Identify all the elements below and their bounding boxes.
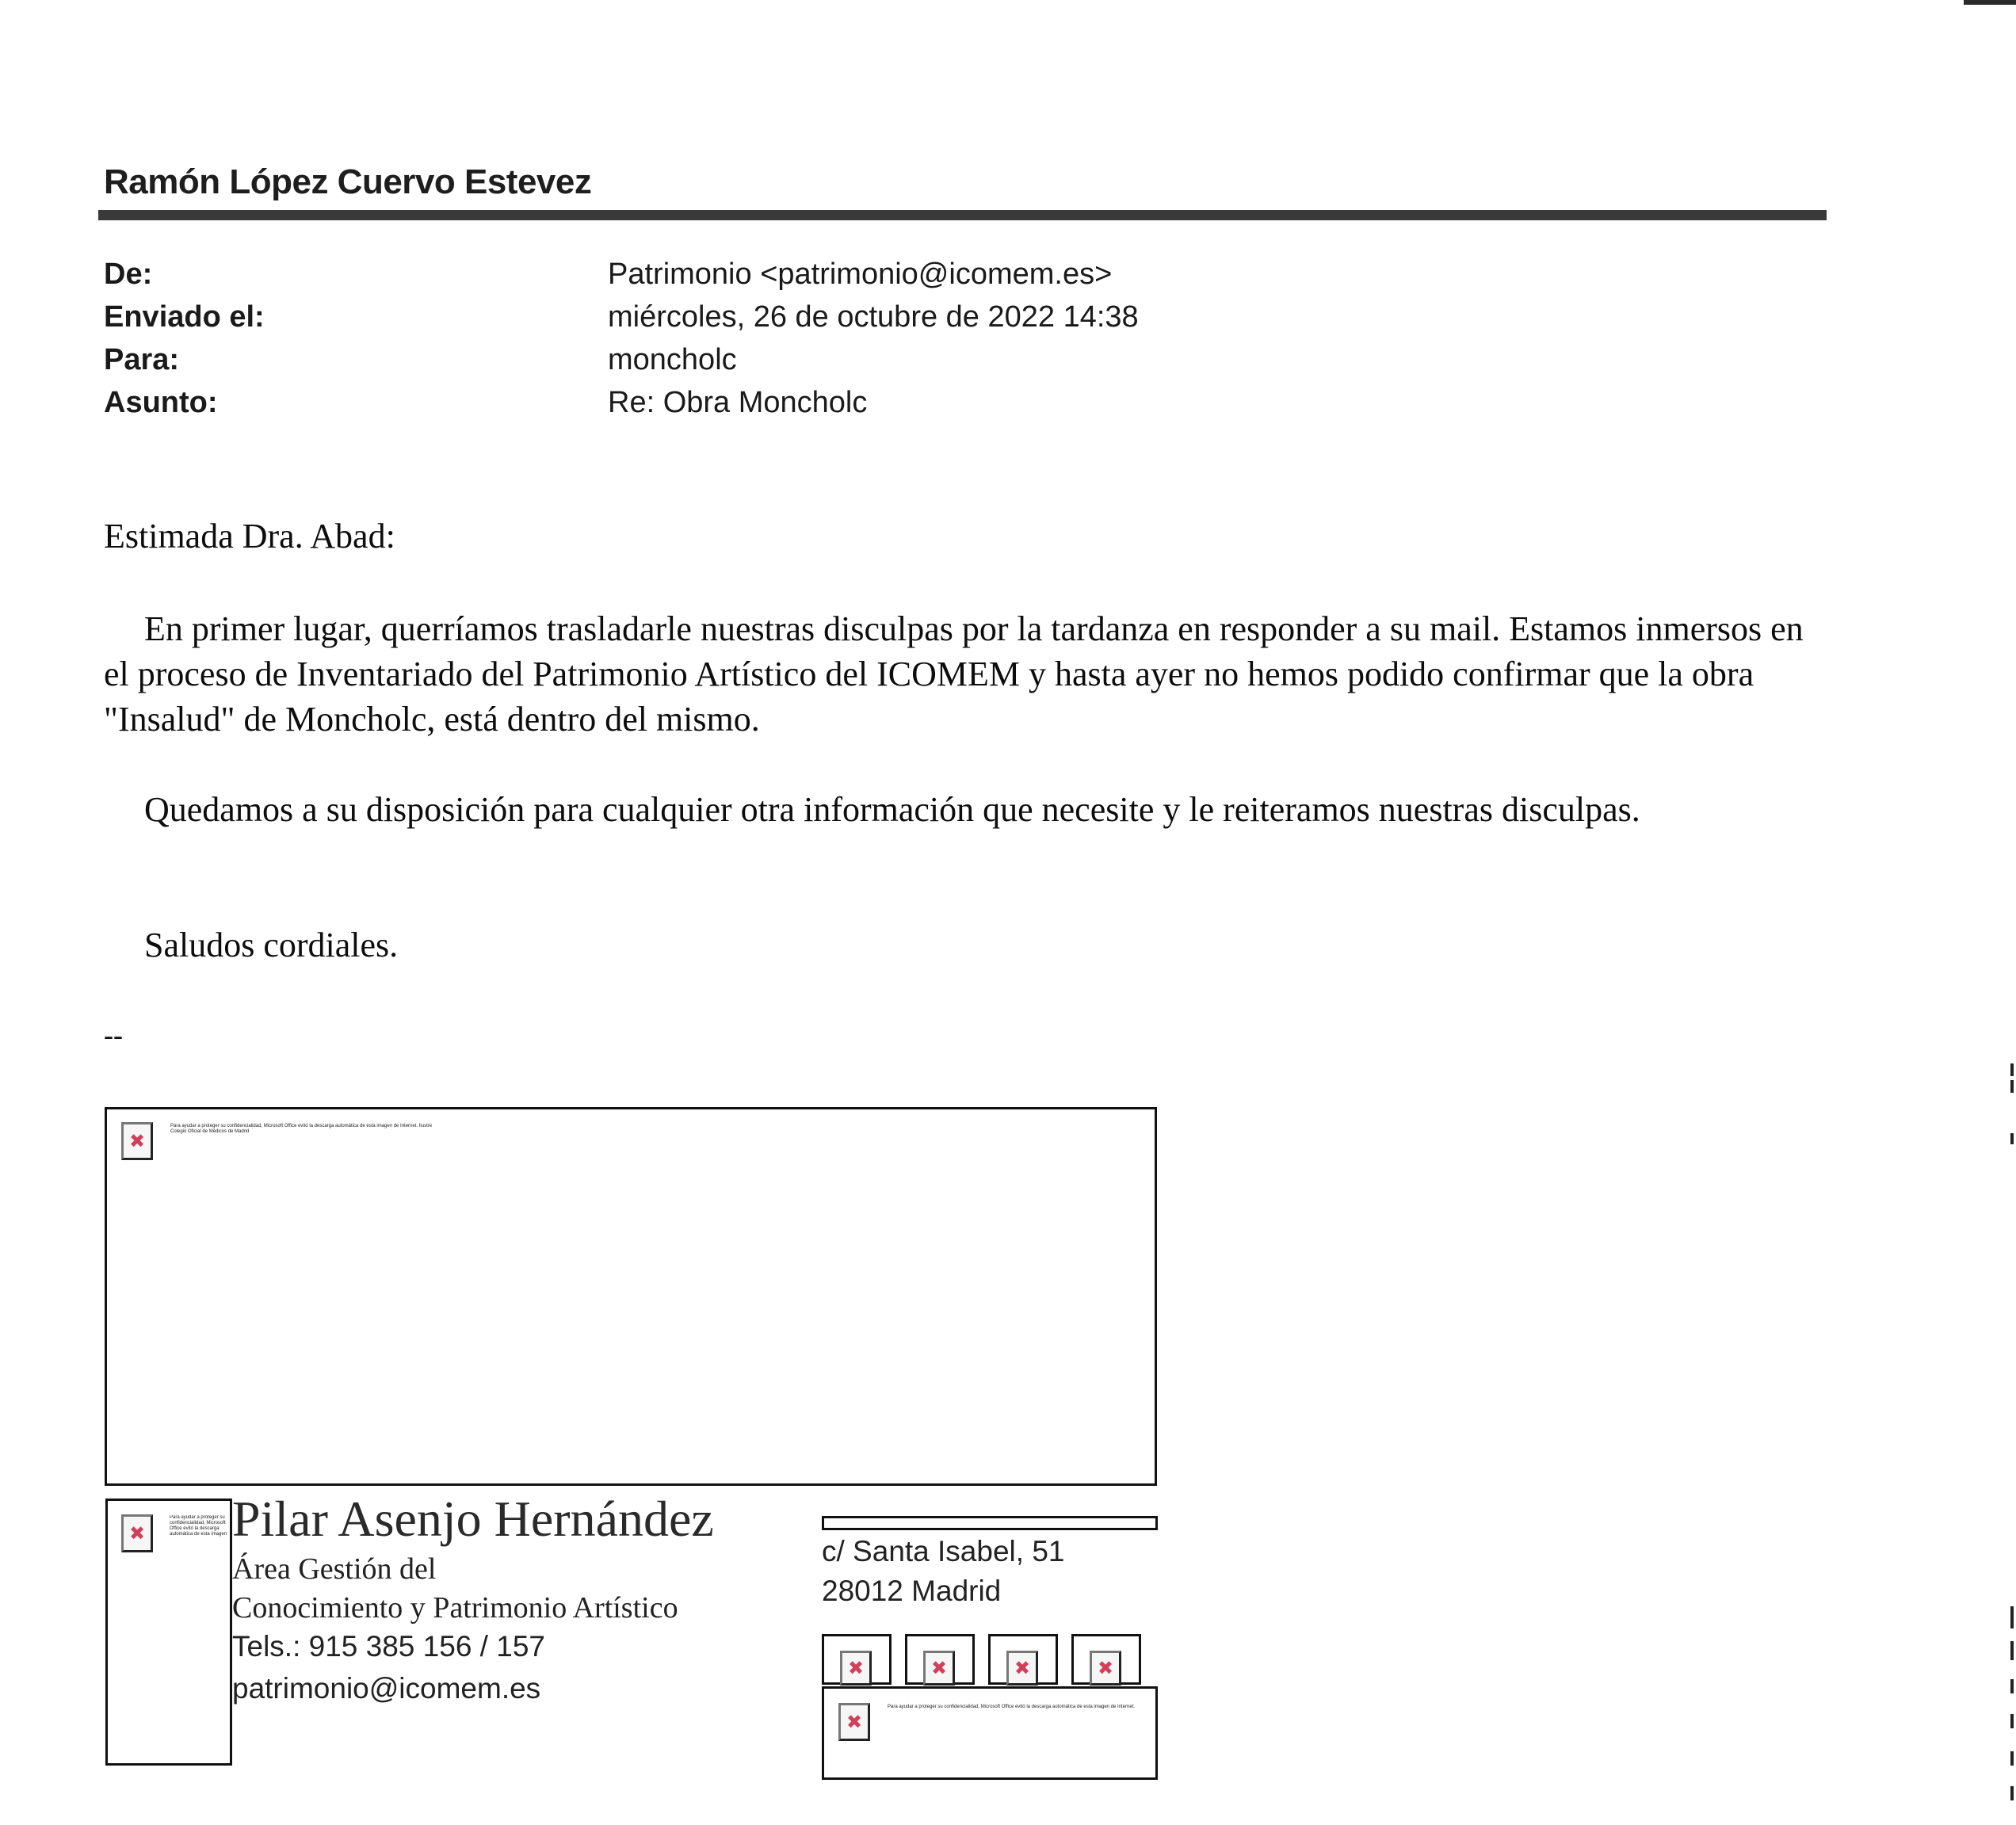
broken-image-icon: ✖ xyxy=(1006,1651,1038,1686)
body-paragraph-2: Quedamos a su disposición para cualquier… xyxy=(104,787,1831,832)
sender-title: Ramón López Cuervo Estevez xyxy=(104,162,591,202)
scan-edge-mark xyxy=(2010,1063,2014,1076)
scan-edge-mark xyxy=(2010,1133,2014,1144)
signature-separator: -- xyxy=(104,1013,1831,1058)
header-value-to: moncholc xyxy=(608,343,737,377)
body-paragraph-1: En primer lugar, querríamos trasladarle … xyxy=(104,606,1831,742)
header-value-sent: miércoles, 26 de octubre de 2022 14:38 xyxy=(608,300,1139,334)
signature-dept-line2: Conocimiento y Patrimonio Artístico xyxy=(232,1590,678,1625)
signature-phones: Tels.: 915 385 156 / 157 xyxy=(232,1630,545,1663)
broken-image-icon: ✖ xyxy=(840,1651,872,1686)
broken-image-icon: ✖ xyxy=(121,1122,153,1160)
scan-edge-mark xyxy=(2010,1679,2014,1693)
footer-alt-text: Para ayudar a proteger su confidencialid… xyxy=(888,1705,1149,1710)
scan-edge-mark xyxy=(2010,1641,2014,1660)
scan-edge-mark xyxy=(2010,1714,2014,1728)
address-line2: 28012 Madrid xyxy=(822,1575,1001,1608)
scan-edge-mark xyxy=(1964,0,2016,5)
header-label-to: Para: xyxy=(104,343,179,377)
signature-name: Pilar Asenjo Hernández xyxy=(232,1490,714,1548)
photo-alt-text: Para ayudar a proteger su confidencialid… xyxy=(170,1515,230,1537)
signature-email-link[interactable]: patrimonio@icomem.es xyxy=(232,1672,540,1705)
broken-image-icon: ✖ xyxy=(838,1703,870,1741)
header-value-subject: Re: Obra Moncholc xyxy=(608,386,867,420)
broken-image-icon: ✖ xyxy=(121,1514,153,1552)
social-icon-3[interactable]: ✖ xyxy=(988,1634,1058,1685)
header-label-sent: Enviado el: xyxy=(104,300,265,334)
title-rule xyxy=(98,210,1827,220)
closing: Saludos cordiales. xyxy=(104,922,1831,968)
scan-edge-mark xyxy=(2010,1080,2014,1093)
header-value-from: Patrimonio <patrimonio@icomem.es> xyxy=(608,258,1112,292)
scan-edge-mark xyxy=(2010,1786,2014,1800)
address-line1: c/ Santa Isabel, 51 xyxy=(822,1535,1064,1568)
greeting: Estimada Dra. Abad: xyxy=(104,514,1831,559)
signature-footer-image: ✖ Para ayudar a proteger su confidencial… xyxy=(822,1686,1158,1780)
broken-image-icon: ✖ xyxy=(923,1651,955,1686)
banner-alt-text: Para ayudar a proteger su confidencialid… xyxy=(170,1124,440,1135)
header-label-from: De: xyxy=(104,258,152,292)
social-icon-4[interactable]: ✖ xyxy=(1071,1634,1141,1685)
header-label-subject: Asunto: xyxy=(104,386,218,420)
scan-edge-mark xyxy=(2010,1751,2014,1766)
scan-edge-mark xyxy=(2010,1606,2014,1628)
signature-banner-image: ✖ Para ayudar a proteger su confidencial… xyxy=(105,1107,1157,1486)
broken-image-icon: ✖ xyxy=(1090,1651,1121,1686)
signature-dept-line1: Área Gestión del xyxy=(232,1552,436,1586)
signature-photo-image: ✖ Para ayudar a proteger su confidencial… xyxy=(105,1499,232,1766)
address-bar-image xyxy=(822,1516,1158,1530)
social-icon-2[interactable]: ✖ xyxy=(905,1634,975,1685)
social-icon-1[interactable]: ✖ xyxy=(822,1634,892,1685)
